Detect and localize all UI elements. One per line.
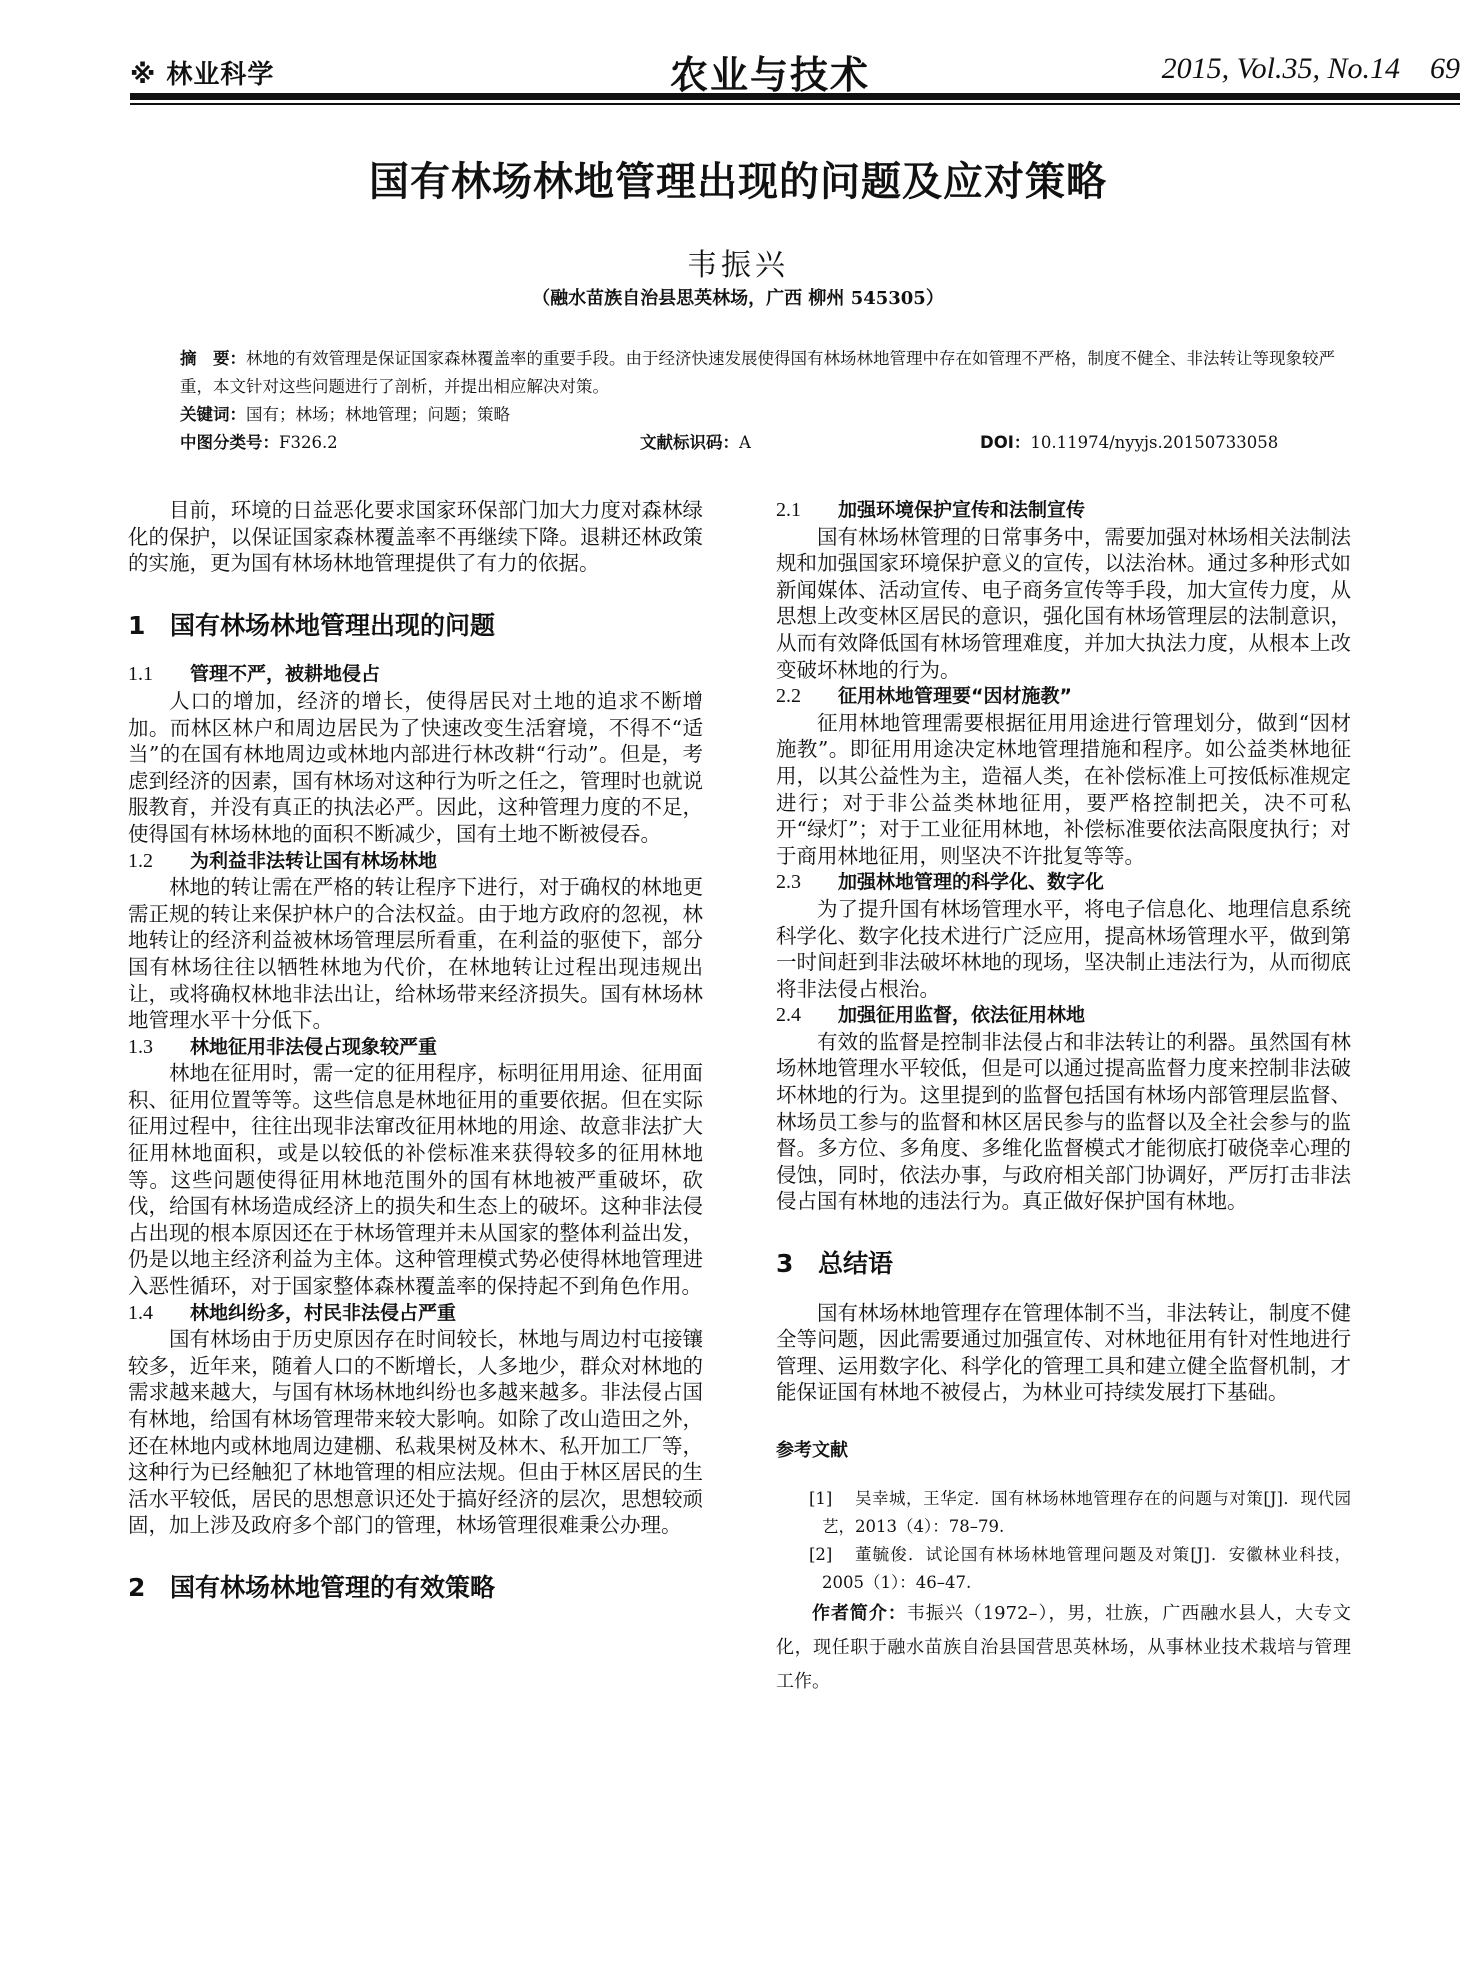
reference-text: 董毓俊．试论国有林场林地管理问题及对策[J]．安徽林业科技，2005（1）：46… [822, 1545, 1351, 1592]
doi-label: DOI： [980, 433, 1030, 452]
section-3-heading: 3总结语 [776, 1251, 1351, 1278]
subsection-title: 加强征用监督，依法征用林地 [838, 1004, 1085, 1026]
subsection-number: 2.1 [776, 497, 838, 524]
subsection-number: 2.2 [776, 683, 838, 710]
subsection-title: 为利益非法转让国有林场林地 [190, 850, 437, 872]
left-column: 目前，环境的日益恶化要求国家环保部门加大力度对森林绿化的保护，以保证国家森林覆盖… [128, 497, 703, 1624]
subsection-1-2-heading: 1.2为利益非法转让国有林场林地 [128, 848, 703, 875]
keywords: 关键词：国有；林场；林地管理；问题；策略 [180, 401, 1340, 429]
doi-value: 10.11974/nyyjs.20150733058 [1030, 433, 1278, 452]
section-title: 总结语 [818, 1249, 893, 1278]
reference-number: [1] [776, 1485, 832, 1513]
subsection-2-2-heading: 2.2征用林地管理要“因材施教” [776, 683, 1351, 710]
subsection-1-3-heading: 1.3林地征用非法侵占现象较严重 [128, 1034, 703, 1061]
subsection-1-3-text: 林地在征用时，需一定的征用程序，标明征用用途、征用面积、征用位置等等。这些信息是… [128, 1060, 703, 1299]
subsection-title: 征用林地管理要“因材施教” [838, 685, 1072, 707]
author-affiliation: （融水苗族自治县思英林场，广西 柳州 545305） [0, 284, 1476, 310]
section-title: 国有林场林地管理出现的问题 [170, 611, 495, 640]
subsection-number: 1.1 [128, 661, 190, 688]
subsection-number: 1.3 [128, 1034, 190, 1061]
subsection-title: 管理不严，被耕地侵占 [190, 663, 380, 685]
doc-code-value: A [739, 433, 751, 452]
subsection-1-1-heading: 1.1管理不严，被耕地侵占 [128, 661, 703, 688]
doc-code: 文献标识码：A [640, 429, 751, 457]
right-column: 2.1加强环境保护宣传和法制宣传 国有林场林管理的日常事务中，需要加强对林场相关… [776, 497, 1351, 1699]
subsection-2-4-heading: 2.4加强征用监督，依法征用林地 [776, 1002, 1351, 1029]
clc: 中图分类号：F326.2 [180, 433, 338, 452]
subsection-2-1-text: 国有林场林管理的日常事务中，需要加强对林场相关法制法规和加强国家环境保护意义的宣… [776, 524, 1351, 684]
issue-volume: 2015, Vol.35, No.14 [1162, 52, 1400, 85]
subsection-1-1-text: 人口的增加，经济的增长，使得居民对土地的追求不断增加。而林区林户和周边居民为了快… [128, 688, 703, 848]
subsection-number: 2.4 [776, 1002, 838, 1029]
conclusion-text: 国有林场林地管理存在管理体制不当，非法转让，制度不健全等问题，因此需要通过加强宣… [776, 1300, 1351, 1406]
author-bio: 作者简介：韦振兴（1972–），男，壮族，广西融水县人，大专文化，现任职于融水苗… [776, 1597, 1351, 1699]
header-rule-thin [130, 103, 1460, 105]
classification-line: 中图分类号：F326.2 文献标识码：A DOI：10.11974/nyyjs.… [180, 429, 1340, 457]
abstract: 摘 要：林地的有效管理是保证国家森林覆盖率的重要手段。由于经济快速发展使得国有林… [180, 345, 1340, 401]
reference-text: 吴幸城，王华定．国有林场林地管理存在的问题与对策[J]．现代园艺，2013（4）… [822, 1489, 1351, 1536]
doi: DOI：10.11974/nyyjs.20150733058 [980, 429, 1278, 457]
abstract-text: 林地的有效管理是保证国家森林覆盖率的重要手段。由于经济快速发展使得国有林场林地管… [180, 349, 1335, 396]
clc-label: 中图分类号： [180, 433, 279, 452]
subsection-2-3-text: 为了提升国有林场管理水平，将电子信息化、地理信息系统科学化、数字化技术进行广泛应… [776, 896, 1351, 1002]
subsection-title: 加强林地管理的科学化、数字化 [838, 871, 1104, 893]
subsection-1-4-text: 国有林场由于历史原因存在时间较长，林地与周边村屯接镶较多，近年来，随着人口的不断… [128, 1326, 703, 1539]
subsection-2-1-heading: 2.1加强环境保护宣传和法制宣传 [776, 497, 1351, 524]
subsection-number: 1.4 [128, 1300, 190, 1327]
page-number: 69 [1430, 52, 1460, 85]
article-metadata: 摘 要：林地的有效管理是保证国家森林覆盖率的重要手段。由于经济快速发展使得国有林… [180, 345, 1340, 457]
article-title: 国有林场林地管理出现的问题及应对策略 [0, 150, 1476, 207]
clc-value: F326.2 [279, 433, 338, 452]
subsection-2-4-text: 有效的监督是控制非法侵占和非法转让的利器。虽然国有林场林地管理水平较低，但是可以… [776, 1029, 1351, 1215]
subsection-number: 1.2 [128, 848, 190, 875]
issue-info: 2015, Vol.35, No.1469 [1162, 52, 1460, 86]
author-bio-label: 作者简介： [812, 1603, 907, 1624]
references-heading: 参考文献 [776, 1438, 1351, 1465]
keywords-text: 国有；林场；林地管理；问题；策略 [246, 405, 510, 424]
subsection-2-3-heading: 2.3加强林地管理的科学化、数字化 [776, 869, 1351, 896]
section-1-heading: 1国有林场林地管理出现的问题 [128, 613, 703, 640]
section-number: 3 [776, 1251, 818, 1278]
section-number: 1 [128, 613, 170, 640]
reference-item: [2]董毓俊．试论国有林场林地管理问题及对策[J]．安徽林业科技，2005（1）… [776, 1541, 1351, 1597]
subsection-title: 林地征用非法侵占现象较严重 [190, 1036, 437, 1058]
subsection-title: 林地纠纷多，村民非法侵占严重 [190, 1302, 456, 1324]
header-rule-thick [130, 93, 1460, 100]
subsection-number: 2.3 [776, 869, 838, 896]
subsection-1-2-text: 林地的转让需在严格的转让程序下进行，对于确权的林地更需正规的转让来保护林户的合法… [128, 874, 703, 1034]
section-2-heading: 2国有林场林地管理的有效策略 [128, 1575, 703, 1602]
article-author: 韦振兴 [0, 240, 1476, 284]
keywords-label: 关键词： [180, 405, 246, 424]
subsection-2-2-text: 征用林地管理需要根据征用用途进行管理划分，做到“因材施教”。即征用用途决定林地管… [776, 710, 1351, 870]
reference-item: [1]吴幸城，王华定．国有林场林地管理存在的问题与对策[J]．现代园艺，2013… [776, 1485, 1351, 1541]
subsection-1-4-heading: 1.4林地纠纷多，村民非法侵占严重 [128, 1300, 703, 1327]
doc-code-label: 文献标识码： [640, 433, 739, 452]
reference-number: [2] [776, 1541, 832, 1569]
intro-paragraph: 目前，环境的日益恶化要求国家环保部门加大力度对森林绿化的保护，以保证国家森林覆盖… [128, 497, 703, 577]
subsection-title: 加强环境保护宣传和法制宣传 [838, 499, 1085, 521]
abstract-label: 摘 要： [180, 349, 246, 368]
section-label: ※ 林业科学 [130, 54, 274, 91]
journal-name: 农业与技术 [670, 44, 870, 99]
section-title: 国有林场林地管理的有效策略 [170, 1573, 495, 1602]
section-number: 2 [128, 1575, 170, 1602]
